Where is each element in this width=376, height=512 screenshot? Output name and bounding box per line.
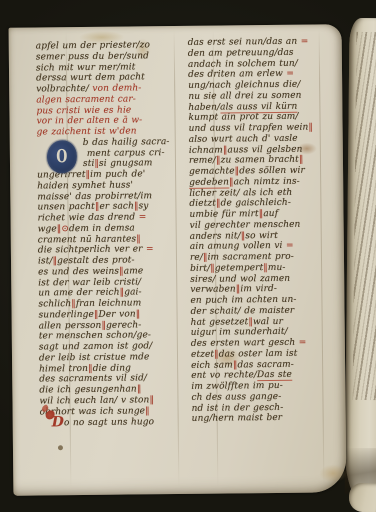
text-segment: pus cristi wie es hie [36,105,131,116]
text-segment: nu sie all drei zu somen [188,90,301,101]
text-segment: gai- [124,288,142,298]
text-segment: de gaischleich- [221,198,291,209]
text-segment: mu- [268,263,286,273]
text-segment: = [283,69,294,79]
stain [58,445,63,450]
text-segment: ter menschen schon/ge- [39,331,151,342]
text-segment: ach nimtz ins- [234,176,300,187]
text-segment: das erst sei nun/das an [188,37,298,48]
text-segment: im vird- [240,284,277,294]
text-segment: ‖ [136,309,141,319]
text-segment: dietzt [189,199,216,209]
text-segment: des söllen wir [239,166,305,177]
text-segment: wil ich euch lan/ v ston [39,395,149,406]
text-segment: ‖ [136,234,141,244]
text-segment: eich sam [191,360,233,370]
text-segment: Das ste [257,370,292,381]
text-segment: ist/ [38,256,53,266]
text-segment: ame [124,266,144,276]
text-segment: von demh- [92,83,141,94]
text-segment: dem in demsa [69,223,135,234]
manuscript-line: ung/hern maist ber [192,413,340,425]
text-segment: ain amung vollen vi [190,241,283,252]
text-segment: sunderlinge [39,310,94,321]
lombard-letter: O [56,146,67,167]
text-segment: fran leichnum [76,298,142,309]
text-segment: ung/nach gleichnus die/ [188,80,300,91]
text-segment: en puch im achten un- [190,295,296,306]
text-segment: sti [83,159,95,169]
text-segment: birt/ [190,263,210,273]
text-segment: ment carpus cri- [87,148,165,159]
text-segment: wge [38,224,57,234]
text-segment: gemachte [189,166,235,176]
text-segment: = [282,241,293,251]
text-segment: der leib ist cristue mde [39,352,150,363]
text-segment: unsen pacht [37,202,94,213]
text-segment: sires/ und wol zamen [190,273,290,284]
text-segment: schlich [38,299,71,309]
text-segment: zu samen bracht [221,155,299,166]
facing-page-edge [344,18,376,512]
text-segment: si gnugsam [99,159,153,170]
text-segment: die sichtperlich ver er [38,245,143,256]
text-segment: reme/ [189,156,216,166]
text-segment: un ame der reich [38,288,119,299]
text-segment: b das hailig sacra- [83,137,170,148]
text-segment: = [297,37,308,47]
manuscript-line: b das hailig sacra- [83,137,181,149]
text-segment: licher zeit/ als ich eth [189,187,292,198]
text-segment: algen sacrament car- [36,94,136,105]
text-segment: sagt und zamon ist god/ [39,341,153,352]
text-segment: auf [263,209,278,219]
text-segment: gedeben [189,177,229,188]
text-segment: = [135,212,146,222]
text-segment: anders nit/ [190,231,241,242]
text-segment: Der von [98,309,135,319]
text-segment: ge zaichent ist w'den [37,126,137,137]
manuscript-photo: apfel um der priester/zosemer puss du be… [0,0,376,512]
text-segment: semer puss du ber/sund [36,51,149,62]
manuscript-line: Do no sagt uns hugo [52,416,184,428]
text-segment: umbie für mirt [189,209,258,220]
text-segment: ‖ [145,406,150,416]
text-segment: sy [139,202,149,212]
text-segment: auss vil gelsben [227,144,302,155]
text-segment: haiden symhet huss' [37,180,133,191]
text-segment: also wurt auch d' vasle [189,133,298,144]
text-segment: kumpt ain prot zu sam/ [188,112,298,123]
text-segment: apfel um der priester/zo [36,40,150,51]
text-segment: derssa wurt dem pacht [36,73,145,84]
text-segment: die ding [93,363,131,373]
text-segment: crament nū harantes [38,234,136,245]
text-segment: ‖ [149,395,154,405]
text-segment: getempert [215,263,264,274]
text-segment: ist der war leib cristi/ [38,277,141,288]
text-segment: ‖ [299,155,304,165]
text-segment: allen persson [39,320,102,331]
text-segment: gestalt des prot- [57,255,135,266]
text-segment: vil gerechter menschen [190,219,301,230]
text-segment: gerech- [106,320,141,330]
lower-page-corner [349,483,376,512]
text-segment: richet wie das drend [38,212,136,223]
text-segment: andach in solchem tun/ [188,58,298,69]
text-segment: haben/ [188,102,220,112]
text-segment: sich mit wur mer/mit [36,62,136,73]
text-segment: himel tron [39,363,88,374]
blue-lombard-initial: O [47,140,77,173]
text-segment: den am petreuung/das [188,48,294,59]
text-segment: und auss vil trapfen wein [189,123,309,134]
text-segment: etzet [191,349,214,359]
text-segment: ichnam [189,145,223,155]
text-segment: volbrachte/ [36,84,92,95]
text-segment: maisse' das probirret/im [37,191,152,202]
manuscript-page: apfel um der priester/zosemer puss du be… [9,24,347,495]
text-segment: re/ [190,253,203,263]
left-text-column: apfel um der priester/zosemer puss du be… [36,40,184,428]
text-segment: ‖ [308,123,313,133]
text-segment: ‖ [137,384,142,394]
text-segment: im sacrament pro- [208,252,294,263]
text-segment: = [142,244,153,254]
text-segment: o no sagt uns hugo [64,418,154,429]
text-segment: des sacraments vil sid/ [39,374,147,385]
text-segment: ung/hern maist ber [192,413,283,424]
text-segment: = [295,338,306,348]
text-segment: nd ist in der gesch- [192,402,284,413]
text-segment: das oster lam ist [219,348,298,359]
text-segment: die ich gesungenhan [39,384,137,395]
text-segment: vor in der alten e ā w- [36,116,142,127]
text-segment: ch des auss gange- [191,392,281,403]
text-segment: des driten am erlew [188,69,283,80]
text-segment: er sach [99,202,134,212]
text-segment: ent vo rechte/ [191,370,257,381]
right-text-column: das erst sei nun/das an =den am petreuun… [188,36,340,425]
text-segment: hat gesetzet [191,317,249,328]
text-segment: es und des weins [38,266,119,277]
facing-page-text-blur [353,32,376,400]
text-segment: verwaben [190,285,236,295]
text-segment: so wirt [245,230,278,240]
text-segment: das sacram- [237,359,294,370]
text-segment: uigur im sunderhait/ [191,327,288,338]
text-segment: der schait/ de maister [190,306,294,317]
text-segment: des ersten wart gesch [191,338,296,349]
text-segment: im zwölfften im pu- [191,381,283,392]
text-segment: im puch de' [90,169,145,180]
text-segment: wal ur [253,316,283,326]
